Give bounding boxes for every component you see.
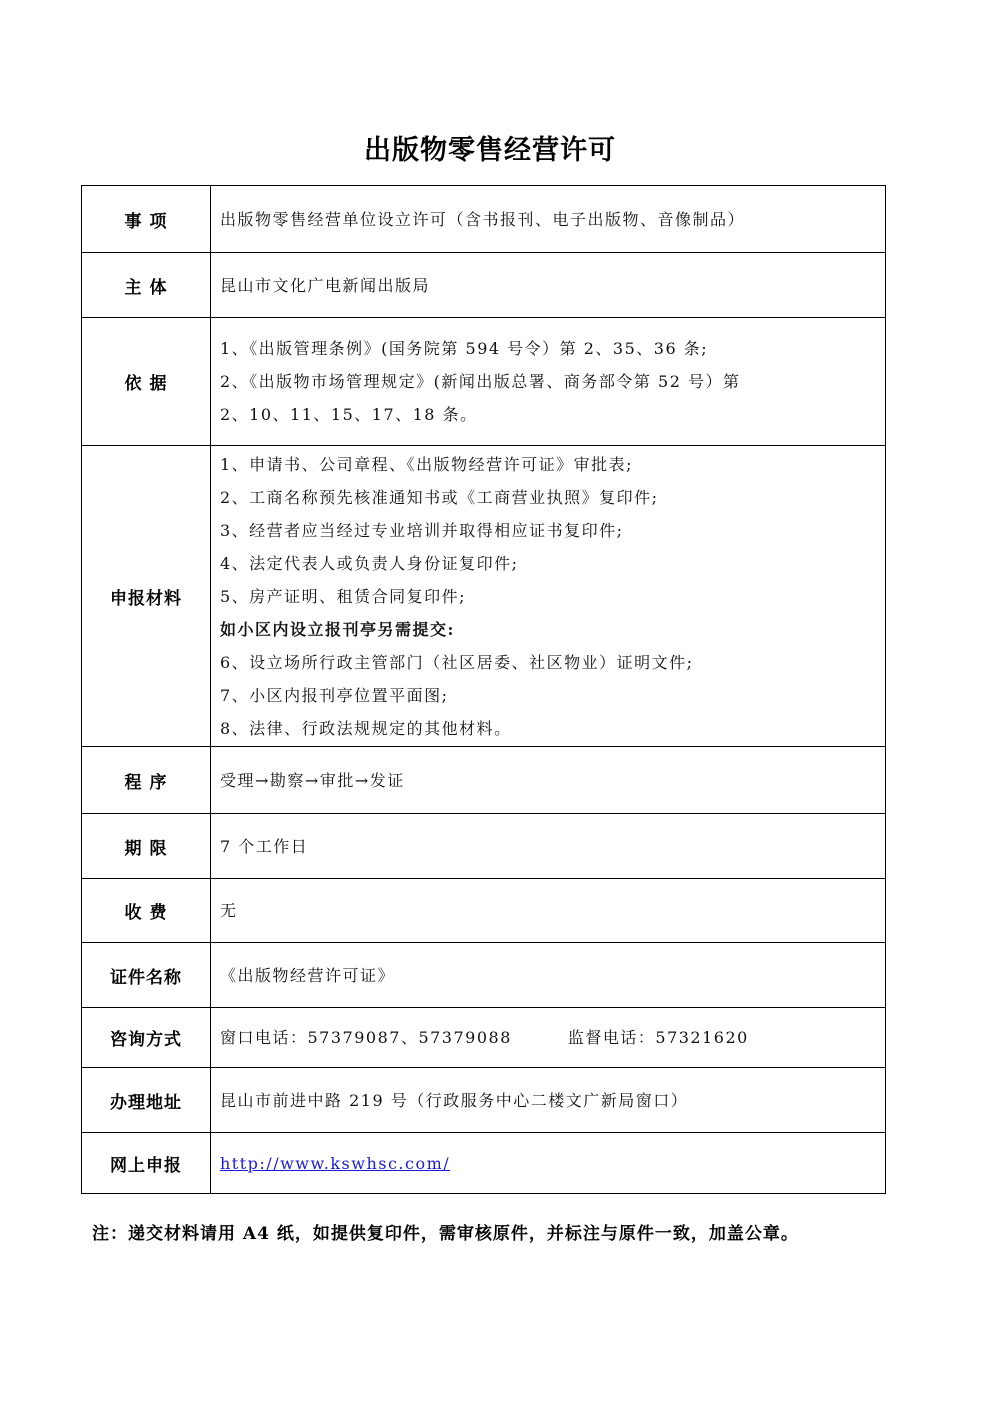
row-value: 出版物零售经营单位设立许可（含书报刊、电子出版物、音像制品） [211,186,886,253]
value-line: 2、工商名称预先核准通知书或《工商营业执照》复印件; [220,481,885,514]
row-value: 1、申请书、公司章程、《出版物经营许可证》审批表; 2、工商名称预先核准通知书或… [211,446,886,747]
row-value: 窗口电话：57379087、57379088监督电话：57321620 [211,1008,886,1068]
table-row-fee: 收 费 无 [82,879,886,943]
table-row-procedure: 程 序 受理→勘察→审批→发证 [82,747,886,814]
value-line: 受理→勘察→审批→发证 [220,764,885,797]
value-line: 7、小区内报刊亭位置平面图; [220,679,885,712]
row-value: 1、《出版管理条例》(国务院第 594 号令）第 2、35、36 条; 2、《出… [211,318,886,446]
row-label: 证件名称 [82,943,211,1008]
value-line: 《出版物经营许可证》 [220,959,885,992]
value-line: 昆山市前进中路 219 号（行政服务中心二楼文广新局窗口） [220,1084,885,1117]
row-label: 申报材料 [82,446,211,747]
row-value: 7 个工作日 [211,814,886,879]
table-row-certificate: 证件名称 《出版物经营许可证》 [82,943,886,1008]
value-line: 1、《出版管理条例》(国务院第 594 号令）第 2、35、36 条; [220,332,885,365]
value-line: 1、申请书、公司章程、《出版物经营许可证》审批表; [220,448,885,481]
permit-info-table: 事 项 出版物零售经营单位设立许可（含书报刊、电子出版物、音像制品） 主 体 昆… [81,185,886,1194]
row-label: 程 序 [82,747,211,814]
row-label: 依 据 [82,318,211,446]
table-row-basis: 依 据 1、《出版管理条例》(国务院第 594 号令）第 2、35、36 条; … [82,318,886,446]
table-row-subject: 主 体 昆山市文化广电新闻出版局 [82,253,886,318]
value-line: 4、法定代表人或负责人身份证复印件; [220,547,885,580]
row-value: 《出版物经营许可证》 [211,943,886,1008]
table-row-address: 办理地址 昆山市前进中路 219 号（行政服务中心二楼文广新局窗口） [82,1068,886,1133]
row-label: 网上申报 [82,1133,211,1194]
value-line: 无 [220,894,885,927]
row-value: 无 [211,879,886,943]
row-label: 办理地址 [82,1068,211,1133]
table-row-item: 事 项 出版物零售经营单位设立许可（含书报刊、电子出版物、音像制品） [82,186,886,253]
value-subheading: 如小区内设立报刊亭另需提交: [220,613,885,646]
value-line: 6、设立场所行政主管部门（社区居委、社区物业）证明文件; [220,646,885,679]
value-line: 3、经营者应当经过专业培训并取得相应证书复印件; [220,514,885,547]
row-value: 昆山市前进中路 219 号（行政服务中心二楼文广新局窗口） [211,1068,886,1133]
table-row-online: 网上申报 http://www.kswhsc.com/ [82,1133,886,1194]
value-line: 昆山市文化广电新闻出版局 [220,269,885,302]
footnote: 注：递交材料请用 A4 纸，如提供复印件，需审核原件，并标注与原件一致，加盖公章… [92,1219,799,1244]
window-phone: 窗口电话：57379087、57379088 [220,1028,512,1047]
row-value: 受理→勘察→审批→发证 [211,747,886,814]
row-label: 事 项 [82,186,211,253]
value-line: 出版物零售经营单位设立许可（含书报刊、电子出版物、音像制品） [220,203,885,236]
row-value: http://www.kswhsc.com/ [211,1133,886,1194]
table-row-materials: 申报材料 1、申请书、公司章程、《出版物经营许可证》审批表; 2、工商名称预先核… [82,446,886,747]
value-line: 5、房产证明、租赁合同复印件; [220,580,885,613]
row-value: 昆山市文化广电新闻出版局 [211,253,886,318]
supervision-phone: 监督电话：57321620 [568,1028,749,1047]
table-row-deadline: 期 限 7 个工作日 [82,814,886,879]
row-label: 收 费 [82,879,211,943]
row-label: 主 体 [82,253,211,318]
table-row-contact: 咨询方式 窗口电话：57379087、57379088监督电话：57321620 [82,1008,886,1068]
page-title: 出版物零售经营许可 [0,128,980,167]
value-line: 2、《出版物市场管理规定》(新闻出版总署、商务部令第 52 号）第 [220,365,885,398]
value-line: 8、法律、行政法规规定的其他材料。 [220,712,885,745]
online-application-link[interactable]: http://www.kswhsc.com/ [220,1154,450,1173]
value-line: 7 个工作日 [220,830,885,863]
value-line: 2、10、11、15、17、18 条。 [220,398,885,431]
row-label: 咨询方式 [82,1008,211,1068]
row-label: 期 限 [82,814,211,879]
